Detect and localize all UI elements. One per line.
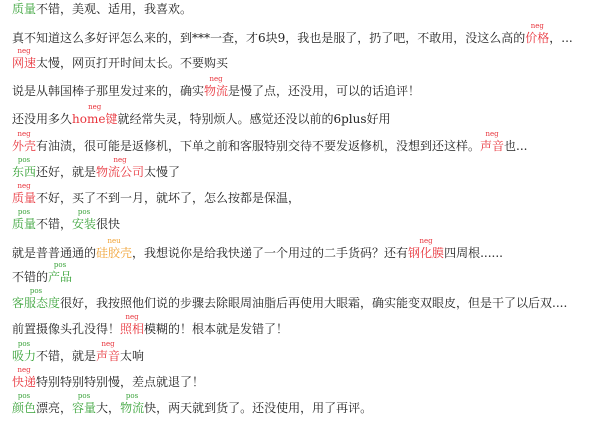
review-text: 模糊的！根本就是发错了！: [144, 322, 288, 336]
review-text: 说是从韩国棒子那里发过来的，确实: [12, 84, 204, 98]
aspect-term-text: 外壳: [12, 139, 36, 153]
review-text-fragment: 就是普普通通的: [12, 246, 96, 260]
aspect-term-text: 照相: [120, 322, 144, 336]
aspect-term-text: 质量: [12, 2, 36, 16]
review-text-fragment: 不错的: [12, 270, 48, 284]
review-text: 特别特别特别慢，差点就退了！: [36, 375, 204, 389]
aspect-term: 质量pos: [12, 2, 36, 16]
review-text-fragment: 前置摄像头孔没得！: [12, 322, 120, 336]
review-row: 吸力pos不错，就是声音neg太响: [12, 349, 144, 363]
review-text: 快，两天就到货了。还没使用，用了再评。: [144, 401, 372, 415]
aspect-term-text: 安装: [72, 217, 96, 231]
aspect-term: 网速neg: [12, 56, 36, 70]
review-text: 漂亮，: [36, 401, 72, 415]
aspect-term: 容量pos: [72, 401, 96, 415]
sentiment-label-pos: pos: [48, 261, 72, 269]
review-row: 不错的产品pos: [12, 270, 72, 284]
review-text: 四周根......: [444, 246, 503, 260]
review-text: 不错，就是: [36, 349, 96, 363]
review-text-fragment: 不好，买了不到一月，就坏了，怎么按都是保温，: [36, 191, 300, 205]
aspect-term-text: 价格: [525, 31, 549, 45]
review-text-fragment: ，我想说你是给我快递了一个用过的二手货码？还有: [132, 246, 408, 260]
review-text-fragment: 很快: [96, 217, 120, 231]
sentiment-label-neg: neg: [204, 75, 228, 83]
review-text-fragment: 还没用多久: [12, 112, 72, 126]
sentiment-label-pos: pos: [120, 392, 144, 400]
aspect-term-text: 产品: [48, 270, 72, 284]
review-row: 客服态度pos很好，我按照他们说的步骤去除眼周油脂后再使用大眼霜，确实能变双眼皮…: [12, 296, 567, 310]
review-text-fragment: 很好，我按照他们说的步骤去除眼周油脂后再使用大眼霜，确实能变双眼皮，但是干了以后…: [60, 296, 567, 310]
aspect-term: 产品pos: [48, 270, 72, 284]
review-text-fragment: 快，两天就到货了。还没使用，用了再评。: [144, 401, 372, 415]
aspect-term-text: 吸力: [12, 349, 36, 363]
aspect-term-text: 声音: [96, 349, 120, 363]
review-text-fragment: 太慢，网页打开时间太长。不要购买: [36, 56, 228, 70]
review-row: 真不知道这么多好评怎么来的，到***一查，才6块9，我也是服了，扔了吧，不敢用，…: [12, 31, 573, 45]
aspect-term: 声音neg: [96, 349, 120, 363]
aspect-term-text: 质量: [12, 191, 36, 205]
review-text: 是慢了点，还没用，可以的话追评！: [228, 84, 420, 98]
review-text-fragment: 模糊的！根本就是发错了！: [144, 322, 288, 336]
aspect-term: 颜色pos: [12, 401, 36, 415]
aspect-term: 硅胶壳neu: [96, 246, 132, 260]
review-text: 就经常失灵，特别烦人。感觉还没以前的6plus好用: [117, 112, 390, 126]
review-text: 不错，: [36, 217, 72, 231]
review-text: 很快: [96, 217, 120, 231]
review-text-fragment: 是慢了点，还没用，可以的话追评！: [228, 84, 420, 98]
review-text: 不错，美观、适用，我喜欢。: [36, 2, 192, 16]
review-row: 东西pos还好，就是物流公司neg太慢了: [12, 165, 180, 179]
sentiment-label-neg: neg: [480, 130, 504, 138]
review-text-fragment: 还好，就是: [36, 165, 96, 179]
review-text: 太响: [120, 349, 144, 363]
sentiment-label-neg: neg: [12, 182, 36, 190]
review-text-fragment: 四周根......: [444, 246, 503, 260]
review-text: 就是普普通通的: [12, 246, 96, 260]
review-text-fragment: 太慢了: [144, 165, 180, 179]
review-text: 真不知道这么多好评怎么来的，到***一查，才6块9，我也是服了，扔了吧，不敢用，…: [12, 31, 525, 45]
review-text: 太慢了: [144, 165, 180, 179]
sentiment-label-neg: neg: [12, 366, 36, 374]
aspect-term: 外壳neg: [12, 139, 36, 153]
sentiment-label-pos: pos: [12, 0, 36, 1]
review-text: 还没用多久: [12, 112, 72, 126]
review-text-fragment: ，...: [549, 31, 572, 45]
aspect-term-text: 网速: [12, 56, 36, 70]
aspect-term: home键neg: [72, 112, 117, 126]
review-text: 也...: [504, 139, 527, 153]
aspect-term: 声音neg: [480, 139, 504, 153]
sentiment-label-neg: neg: [120, 313, 144, 321]
review-text-fragment: 也...: [504, 139, 527, 153]
aspect-term: 钢化膜neg: [408, 246, 444, 260]
review-text: ，我想说你是给我快递了一个用过的二手货码？还有: [132, 246, 408, 260]
review-row: 前置摄像头孔没得！照相neg模糊的！根本就是发错了！: [12, 322, 288, 336]
sentiment-label-pos: pos: [72, 208, 96, 216]
review-text-fragment: 不错，: [36, 217, 72, 231]
review-text: 不好，买了不到一月，就坏了，怎么按都是保温，: [36, 191, 300, 205]
review-row: 网速neg太慢，网页打开时间太长。不要购买: [12, 56, 228, 70]
review-text-fragment: 就经常失灵，特别烦人。感觉还没以前的6plus好用: [117, 112, 390, 126]
aspect-term: 价格neg: [525, 31, 549, 45]
aspect-term-text: 快递: [12, 375, 36, 389]
aspect-term: 物流neg: [204, 84, 228, 98]
sentiment-label-neg: neg: [12, 47, 36, 55]
aspect-term: 质量pos: [12, 217, 36, 231]
sentiment-label-pos: pos: [72, 392, 96, 400]
review-text-fragment: 不错，美观、适用，我喜欢。: [36, 2, 192, 16]
review-text: 有油渍，很可能是返修机，下单之前和客服特别交待不要发返修机，没想到还这样。: [36, 139, 480, 153]
review-text: 大，: [96, 401, 120, 415]
review-text: 还好，就是: [36, 165, 96, 179]
review-text: 很好，我按照他们说的步骤去除眼周油脂后再使用大眼霜，确实能变双眼皮，但是干了以后…: [60, 296, 567, 310]
review-text-fragment: 大，: [96, 401, 120, 415]
review-row: 质量neg不好，买了不到一月，就坏了，怎么按都是保温，: [12, 191, 300, 205]
aspect-term-text: home键: [72, 112, 117, 126]
aspect-term-text: 硅胶壳: [96, 246, 132, 260]
review-text: ，...: [549, 31, 572, 45]
review-text: 太慢，网页打开时间太长。不要购买: [36, 56, 228, 70]
sentiment-label-neg: neg: [12, 130, 36, 138]
review-row: 快递neg特别特别特别慢，差点就退了！: [12, 375, 204, 389]
aspect-term: 质量neg: [12, 191, 36, 205]
aspect-term: 照相neg: [120, 322, 144, 336]
aspect-term-text: 颜色: [12, 401, 36, 415]
sentiment-label-pos: pos: [12, 208, 36, 216]
sentiment-label-neg: neg: [525, 22, 549, 30]
aspect-term-text: 容量: [72, 401, 96, 415]
review-row: 就是普普通通的硅胶壳neu，我想说你是给我快递了一个用过的二手货码？还有钢化膜n…: [12, 246, 503, 260]
sentiment-label-pos: pos: [12, 340, 36, 348]
review-row: 质量pos不错，安装pos很快: [12, 217, 120, 231]
review-text-fragment: 说是从韩国棒子那里发过来的，确实: [12, 84, 204, 98]
aspect-term: 吸力pos: [12, 349, 36, 363]
review-text-fragment: 有油渍，很可能是返修机，下单之前和客服特别交待不要发返修机，没想到还这样。: [36, 139, 480, 153]
review-text: 前置摄像头孔没得！: [12, 322, 120, 336]
review-text-fragment: 漂亮，: [36, 401, 72, 415]
review-text-fragment: 太响: [120, 349, 144, 363]
aspect-term-text: 钢化膜: [408, 246, 444, 260]
review-text: 不错的: [12, 270, 48, 284]
aspect-term: 快递neg: [12, 375, 36, 389]
sentiment-label-neg: neg: [96, 340, 120, 348]
aspect-term: 物流pos: [120, 401, 144, 415]
review-text-fragment: 真不知道这么多好评怎么来的，到***一查，才6块9，我也是服了，扔了吧，不敢用，…: [12, 31, 525, 45]
sentiment-label-neg: neg: [408, 237, 444, 245]
aspect-term-text: 客服态度: [12, 296, 60, 310]
aspect-term: 客服态度pos: [12, 296, 60, 310]
review-row: 说是从韩国棒子那里发过来的，确实物流neg是慢了点，还没用，可以的话追评！: [12, 84, 420, 98]
review-text-fragment: 不错，就是: [36, 349, 96, 363]
aspect-term-text: 物流公司: [96, 165, 144, 179]
review-row: 外壳neg有油渍，很可能是返修机，下单之前和客服特别交待不要发返修机，没想到还这…: [12, 139, 528, 153]
review-row: 质量pos不错，美观、适用，我喜欢。: [12, 2, 192, 16]
aspect-term-text: 物流: [120, 401, 144, 415]
review-row: 还没用多久home键neg就经常失灵，特别烦人。感觉还没以前的6plus好用: [12, 112, 391, 126]
sentiment-label-neu: neu: [96, 237, 132, 245]
review-text-fragment: 特别特别特别慢，差点就退了！: [36, 375, 204, 389]
aspect-term: 东西pos: [12, 165, 36, 179]
sentiment-label-pos: pos: [12, 392, 36, 400]
sentiment-label-pos: pos: [12, 287, 60, 295]
aspect-term-text: 声音: [480, 139, 504, 153]
sentiment-label-pos: pos: [12, 156, 36, 164]
aspect-term: 安装pos: [72, 217, 96, 231]
sentiment-label-neg: neg: [96, 156, 144, 164]
review-row: 颜色pos漂亮，容量pos大，物流pos快，两天就到货了。还没使用，用了再评。: [12, 401, 372, 415]
aspect-term-text: 物流: [204, 84, 228, 98]
aspect-term-text: 质量: [12, 217, 36, 231]
aspect-term: 物流公司neg: [96, 165, 144, 179]
aspect-term-text: 东西: [12, 165, 36, 179]
sentiment-label-neg: neg: [72, 103, 117, 111]
